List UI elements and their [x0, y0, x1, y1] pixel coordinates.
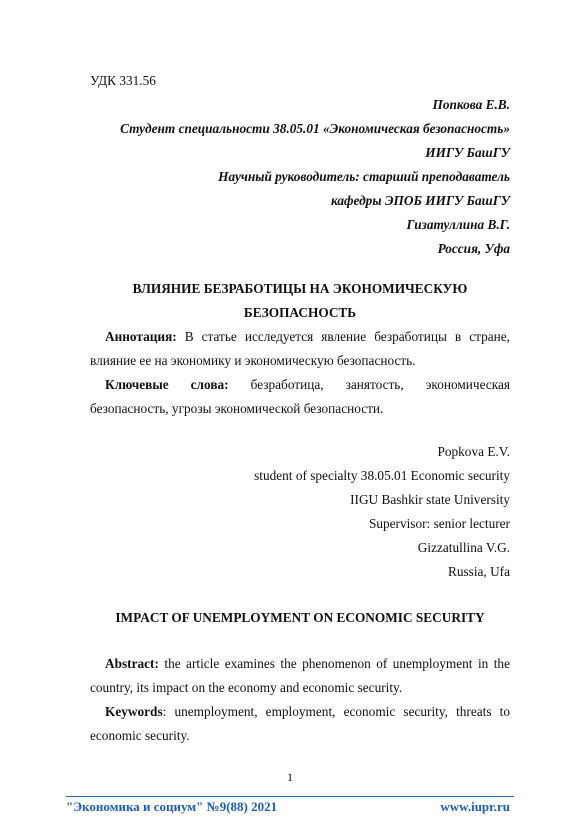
ru-author-specialty: Студент специальности 38.05.01 «Экономич… [120, 121, 510, 137]
udk-code: УДК 331.56 [90, 73, 156, 89]
en-keywords-label: Keywords [105, 704, 163, 719]
ru-keywords: Ключевые слова: безработица, занятость, … [90, 373, 510, 421]
footer-website[interactable]: www.iupr.ru [440, 799, 510, 815]
en-abstract: Abstract: the article examines the pheno… [90, 652, 510, 700]
footer-divider [66, 796, 514, 797]
ru-abstract: Аннотация: В статье исследуется явление … [90, 325, 510, 373]
en-keywords: Keywords: unemployment, employment, econ… [90, 700, 510, 748]
ru-author-name: Попкова Е.В. [433, 97, 510, 113]
ru-title-line2: БЕЗОПАСНОСТЬ [90, 305, 510, 321]
ru-author-institution: ИИГУ БашГУ [425, 145, 510, 161]
ru-location: Россия, Уфа [438, 241, 510, 257]
ru-department: кафедры ЭПОБ ИИГУ БашГУ [331, 193, 510, 209]
ru-keywords-label: Ключевые слова: [105, 377, 229, 392]
footer-journal: "Экономика и социум" №9(88) 2021 [66, 799, 277, 815]
en-title: IMPACT OF UNEMPLOYMENT ON ECONOMIC SECUR… [90, 610, 510, 626]
en-author-name: Popkova E.V. [437, 444, 510, 460]
ru-supervisor-name: Гизатуллина В.Г. [406, 217, 510, 233]
en-supervisor: Supervisor: senior lecturer [369, 516, 510, 532]
en-author-institution: IIGU Bashkir state University [350, 492, 510, 508]
page-number: 1 [0, 770, 580, 785]
en-location: Russia, Ufa [448, 564, 510, 580]
en-author-specialty: student of specialty 38.05.01 Economic s… [254, 468, 510, 484]
ru-abstract-label: Аннотация: [105, 329, 177, 344]
ru-title: ВЛИЯНИЕ БЕЗРАБОТИЦЫ НА ЭКОНОМИЧЕСКУЮ [90, 281, 510, 297]
en-supervisor-name: Gizzatullina V.G. [418, 540, 510, 556]
en-abstract-label: Abstract: [105, 656, 159, 671]
ru-supervisor: Научный руководитель: старший преподават… [218, 169, 510, 185]
